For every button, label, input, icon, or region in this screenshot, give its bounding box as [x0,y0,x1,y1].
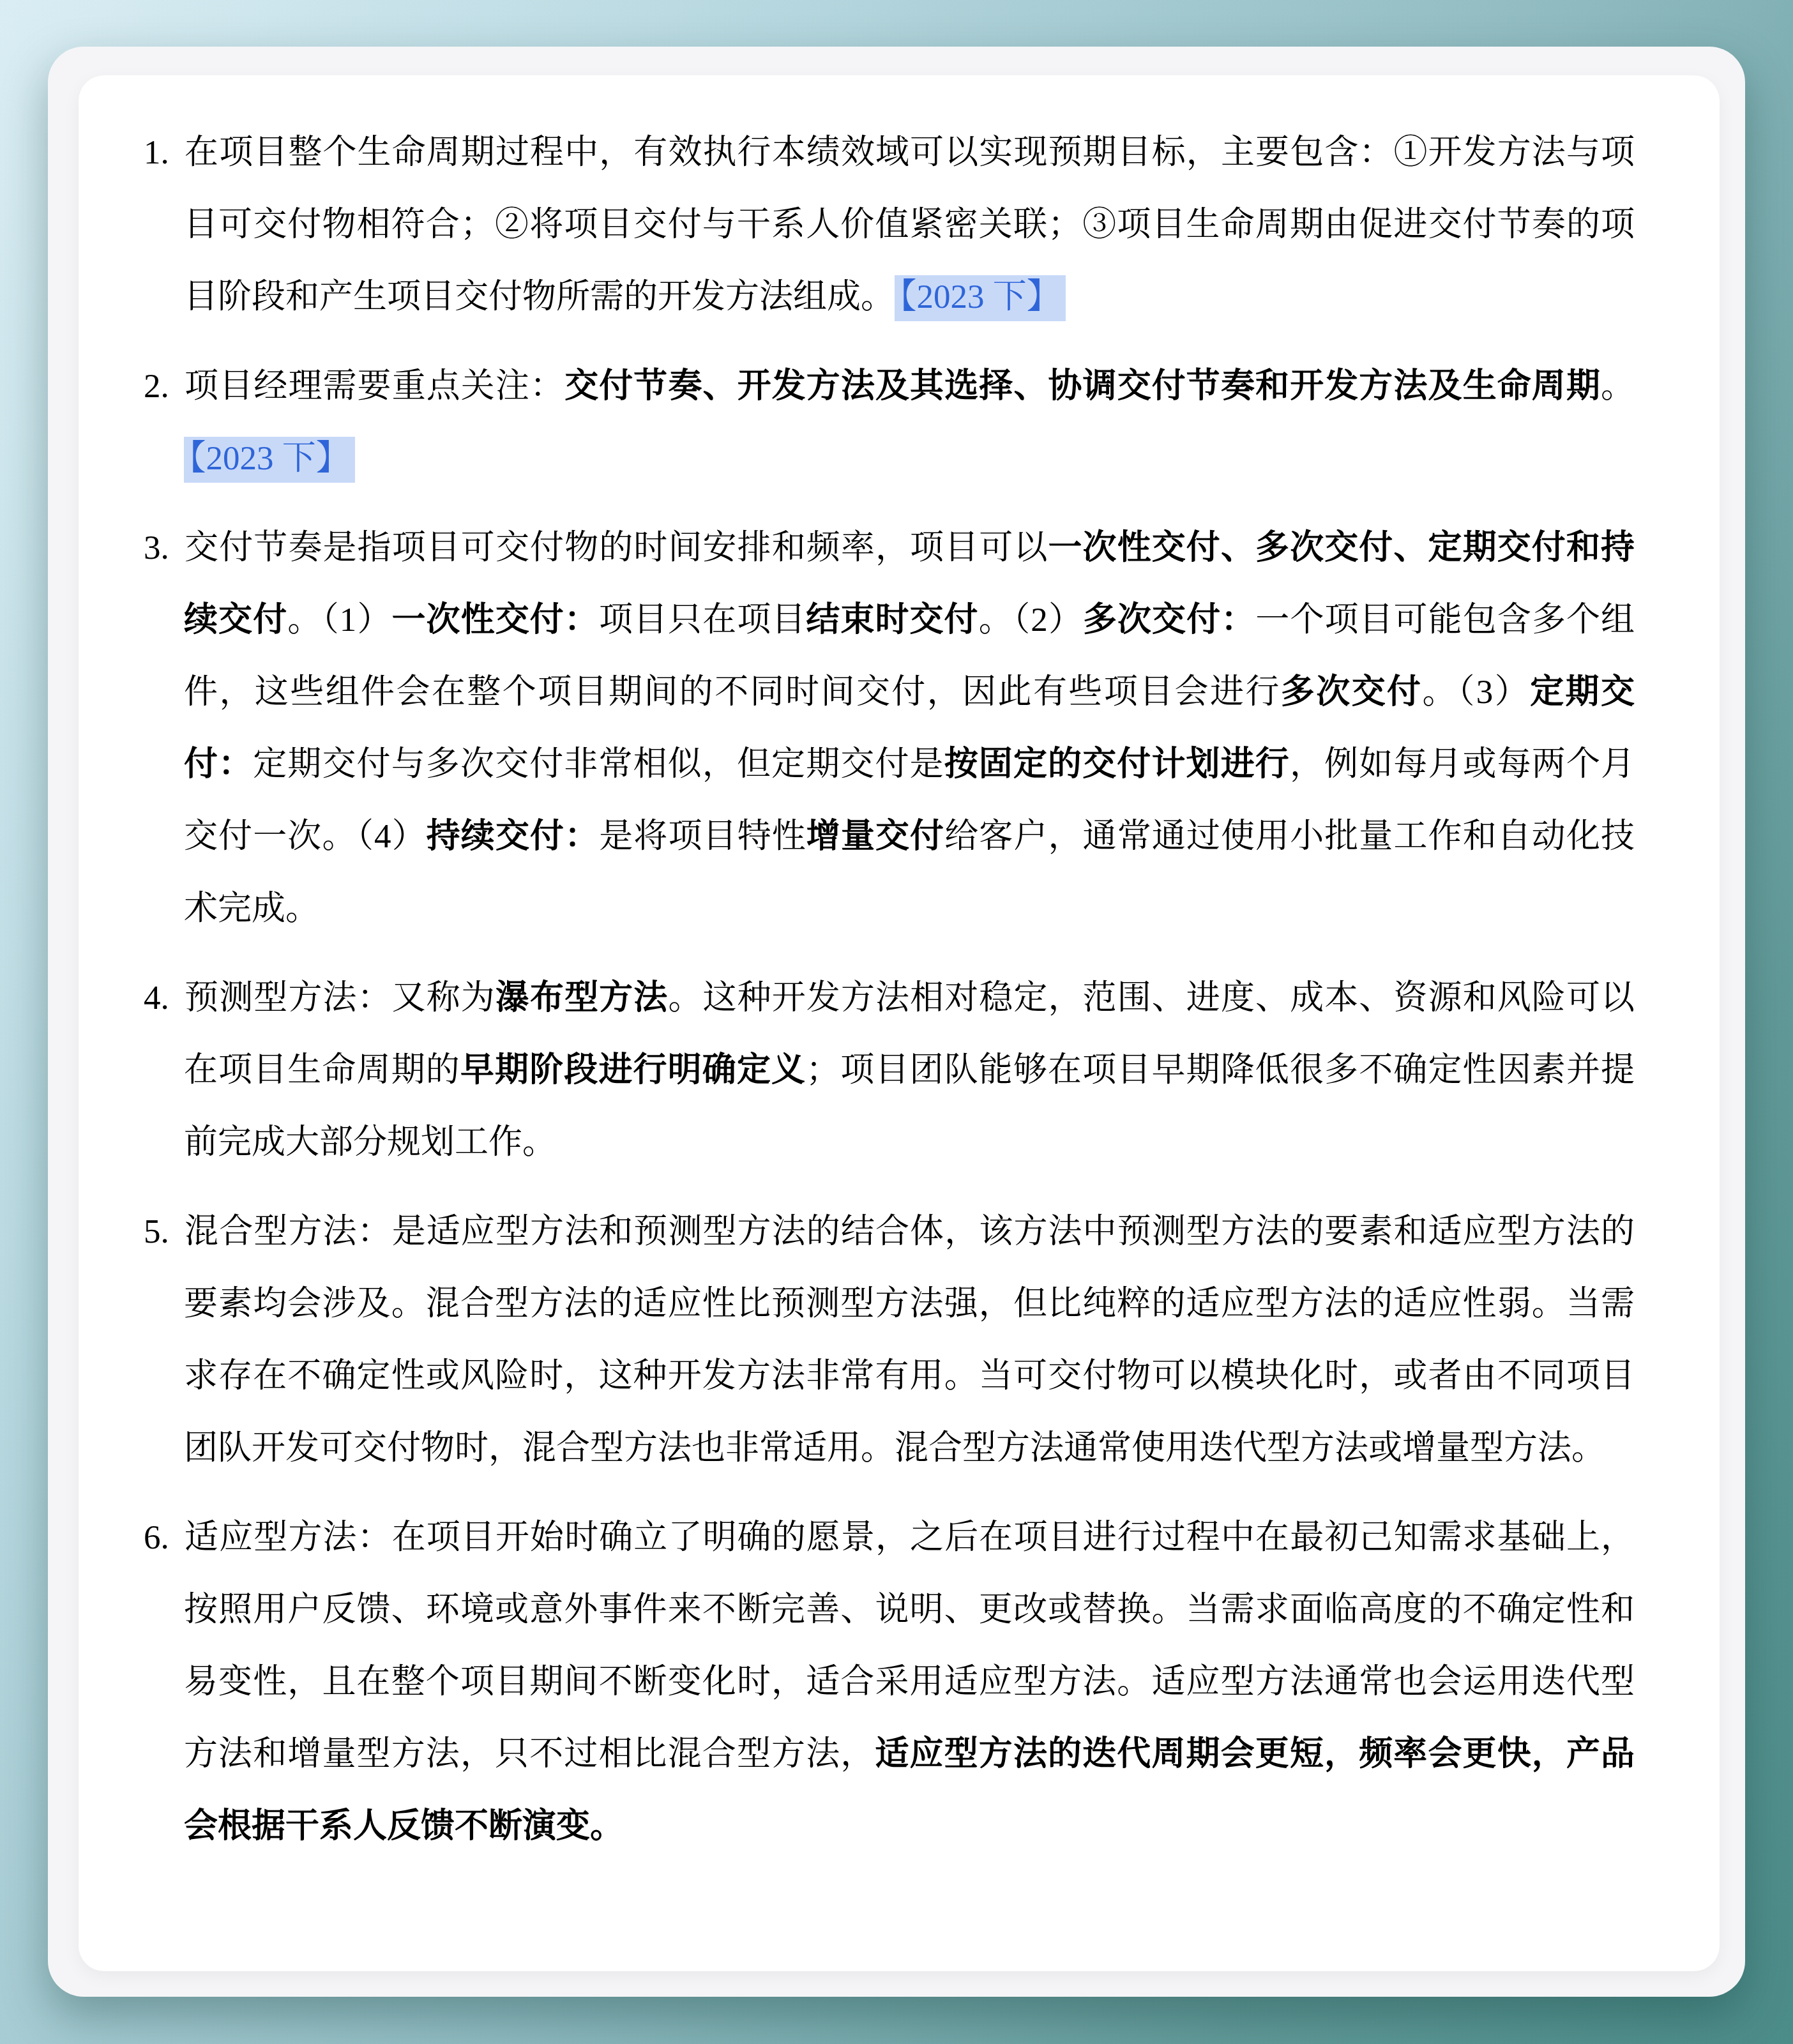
note-item: 1.在项目整个生命周期过程中，有效执行本绩效域可以实现预期目标，主要包含：①开发… [144,117,1635,333]
notes-card: 1.在项目整个生命周期过程中，有效执行本绩效域可以实现预期目标，主要包含：①开发… [79,75,1720,1971]
text-run: 适应型方法：在项目开始时确立了明确的愿景，之后在项目进行过程中在最初己知需求基础… [184,1519,1635,1773]
text-run: 预测型方法：又称为 [184,980,496,1017]
item-number: 4. [144,962,184,1034]
note-item: 6.适应型方法：在项目开始时确立了明确的愿景，之后在项目进行过程中在最初己知需求… [144,1502,1635,1863]
item-number: 6. [144,1502,184,1574]
note-item: 4.预测型方法：又称为瀑布型方法。这种开发方法相对稳定，范围、进度、成本、资源和… [144,962,1635,1179]
bold-run: 持续交付： [427,818,599,855]
bold-run: 增量交付 [806,818,944,855]
text-run: 。（3） [1423,674,1531,711]
bold-run: 瀑布型方法 [496,980,668,1017]
item-number: 3. [144,512,184,584]
bold-run: 交付节奏、开发方法及其选择、协调交付节奏和开发方法及生命周期 [564,368,1601,405]
text-run: 是将项目特性 [599,818,806,855]
bold-run: 早期阶段进行明确定义 [460,1052,806,1089]
notes-list: 1.在项目整个生命周期过程中，有效执行本绩效域可以实现预期目标，主要包含：①开发… [144,117,1635,1863]
exam-tag: 【2023 下】 [184,437,355,483]
exam-tag: 【2023 下】 [895,275,1066,321]
text-run: 混合型方法：是适应型方法和预测型方法的结合体，该方法中预测型方法的要素和适应型方… [184,1213,1635,1467]
text-run: 交付节奏是指项目可交付物的时间安排和频率，项目可以 [184,529,1048,566]
note-item: 5.混合型方法：是适应型方法和预测型方法的结合体，该方法中预测型方法的要素和适应… [144,1196,1635,1485]
bold-run: 按固定的交付计划进行 [944,746,1290,783]
item-number: 5. [144,1196,184,1268]
page-background: 1.在项目整个生命周期过程中，有效执行本绩效域可以实现预期目标，主要包含：①开发… [0,0,1793,2044]
note-item: 2.项目经理需要重点关注：交付节奏、开发方法及其选择、协调交付节奏和开发方法及生… [144,351,1635,495]
text-run: 。（2） [979,602,1083,639]
bold-run: 多次交付： [1083,602,1255,639]
text-run: 。 [1601,368,1635,405]
card-outer: 1.在项目整个生命周期过程中，有效执行本绩效域可以实现预期目标，主要包含：①开发… [48,47,1745,1997]
bold-run: 结束时交付 [806,602,978,639]
note-item: 3.交付节奏是指项目可交付物的时间安排和频率，项目可以一次性交付、多次交付、定期… [144,512,1635,945]
item-number: 1. [144,117,184,189]
text-run: 项目只在项目 [599,602,806,639]
bold-run: 多次交付 [1281,674,1423,711]
text-run: 项目经理需要重点关注： [184,368,564,405]
text-run: 定期交付与多次交付非常相似，但定期交付是 [253,746,944,783]
bold-run: 一次性交付： [392,602,599,639]
text-run: 。（1） [287,602,391,639]
item-number: 2. [144,351,184,423]
